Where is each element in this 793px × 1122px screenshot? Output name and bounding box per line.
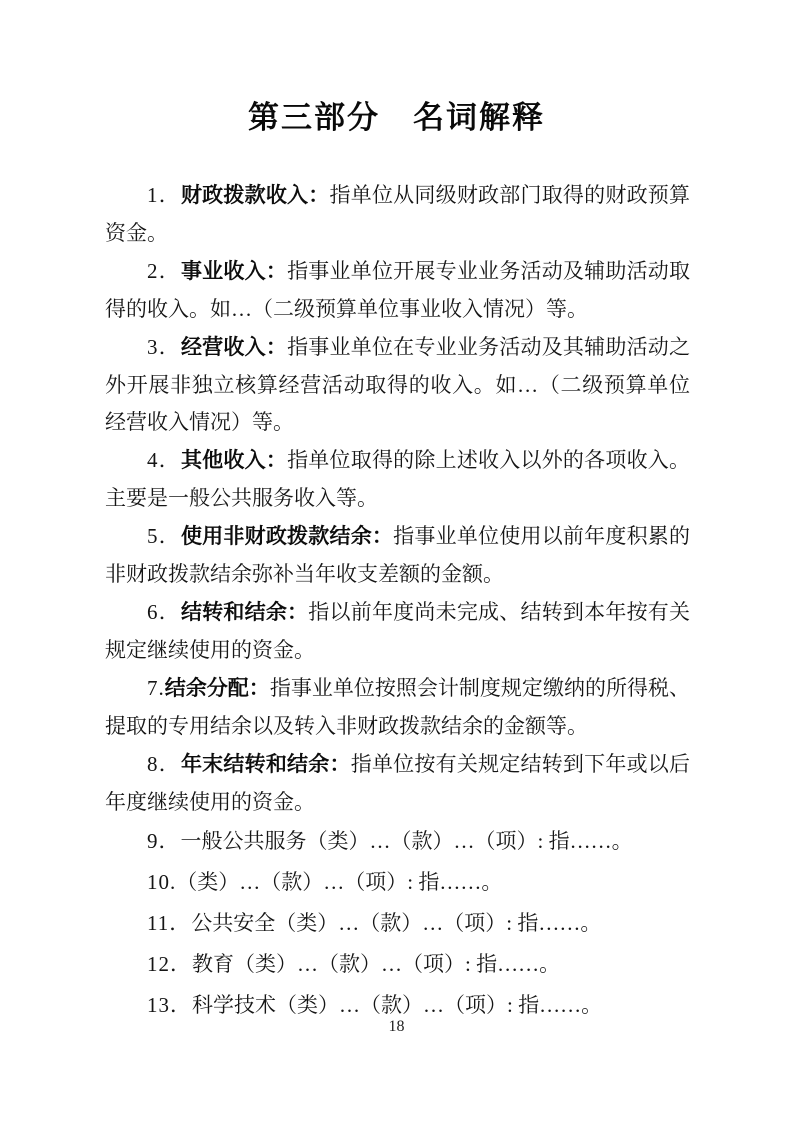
item-number: 6． — [147, 600, 181, 624]
item-number: 8． — [147, 752, 181, 776]
item-term: 结余分配： — [165, 676, 270, 700]
item-term: 经营收入： — [181, 335, 287, 359]
glossary-item-9: 9．一般公共服务（类）…（款）…（项）: 指……。 — [105, 821, 690, 862]
item-number: 1． — [147, 183, 181, 207]
glossary-item-2: 2．事业收入：指事业单位开展专业业务活动及辅助活动取得的收入。如…（二级预算单位… — [105, 253, 690, 329]
item-term: 财政拨款收入： — [181, 183, 330, 207]
glossary-item-11: 11．公共安全（类）…（款）…（项）: 指……。 — [105, 903, 690, 944]
glossary-item-6: 6．结转和结余：指以前年度尚未完成、结转到本年按有关规定继续使用的资金。 — [105, 594, 690, 670]
item-term: 其他收入： — [181, 448, 287, 472]
item-term: 使用非财政拨款结余： — [181, 524, 393, 548]
glossary-item-10: 10.（类）…（款）…（项）: 指……。 — [105, 862, 690, 903]
item-term: 结转和结余： — [181, 600, 308, 624]
glossary-item-4: 4．其他收入：指单位取得的除上述收入以外的各项收入。主要是一般公共服务收入等。 — [105, 442, 690, 518]
page-number: 18 — [0, 1018, 793, 1036]
item-term: 事业收入： — [181, 259, 287, 283]
glossary-item-1: 1．财政拨款收入：指单位从同级财政部门取得的财政预算资金。 — [105, 177, 690, 253]
item-number: 12． — [147, 952, 192, 976]
item-number: 4． — [147, 448, 181, 472]
item-definition: （类）…（款）…（项）: 指……。 — [176, 870, 502, 894]
item-number: 7. — [147, 676, 165, 700]
item-term: 年末结转和结余： — [181, 752, 351, 776]
item-definition: 一般公共服务（类）…（款）…（项）: 指……。 — [181, 829, 633, 853]
glossary-item-5: 5．使用非财政拨款结余：指事业单位使用以前年度积累的非财政拨款结余弥补当年收支差… — [105, 518, 690, 594]
item-number: 11． — [147, 911, 191, 935]
item-number: 5． — [147, 524, 181, 548]
glossary-item-12: 12．教育（类）…（款）…（项）: 指……。 — [105, 944, 690, 985]
item-definition: 教育（类）…（款）…（项）: 指……。 — [192, 952, 560, 976]
page-title: 第三部分 名词解释 — [0, 0, 793, 140]
item-number: 10. — [147, 870, 176, 894]
document-page: 第三部分 名词解释 1．财政拨款收入：指单位从同级财政部门取得的财政预算资金。 … — [0, 0, 793, 1122]
item-number: 9． — [147, 829, 181, 853]
item-definition: 公共安全（类）…（款）…（项）: 指……。 — [191, 911, 601, 935]
glossary-item-7: 7.结余分配：指事业单位按照会计制度规定缴纳的所得税、提取的专用结余以及转入非财… — [105, 670, 690, 746]
item-number: 3． — [147, 335, 181, 359]
glossary-body: 1．财政拨款收入：指单位从同级财政部门取得的财政预算资金。 2．事业收入：指事业… — [105, 177, 690, 1026]
glossary-item-3: 3．经营收入：指事业单位在专业业务活动及其辅助活动之外开展非独立核算经营活动取得… — [105, 329, 690, 443]
item-number: 13． — [147, 993, 192, 1017]
item-definition: 科学技术（类）…（款）…（项）: 指……。 — [192, 993, 602, 1017]
item-number: 2． — [147, 259, 181, 283]
glossary-item-8: 8．年末结转和结余：指单位按有关规定结转到下年或以后年度继续使用的资金。 — [105, 746, 690, 822]
